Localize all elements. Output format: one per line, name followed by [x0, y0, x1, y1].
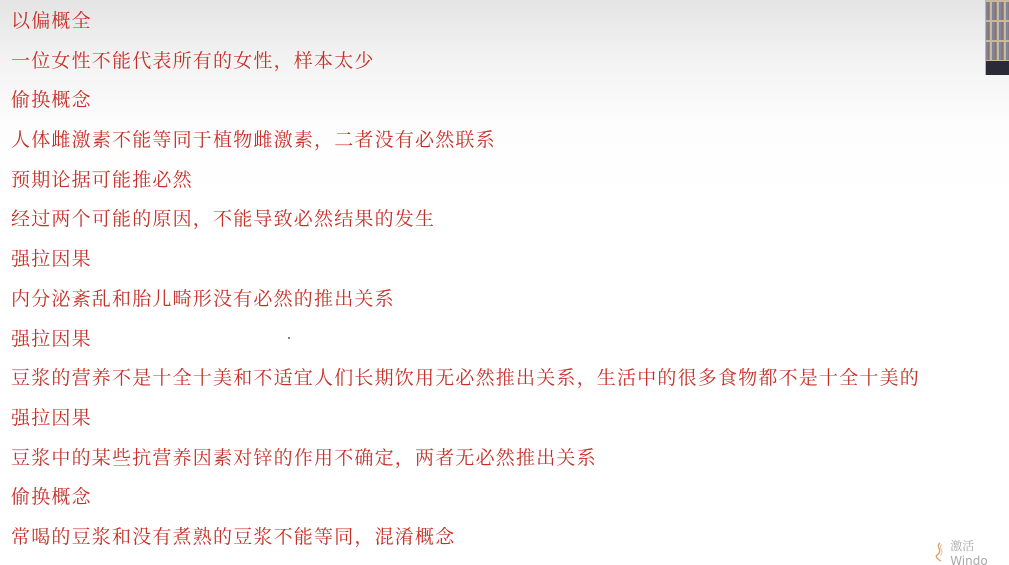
fallacy-label: 强拉因果	[11, 405, 920, 445]
explanation-text: 经过两个可能的原因，不能导致必然结果的发生	[11, 206, 920, 246]
fallacy-label: 强拉因果	[11, 326, 920, 366]
activation-watermark: 激活 Windo	[932, 541, 1009, 563]
cursor-dot	[288, 337, 290, 339]
explanation-text: 人体雌激素不能等同于植物雌激素，二者没有必然联系	[11, 127, 920, 167]
explanation-text: 内分泌紊乱和胎儿畸形没有必然的推出关系	[11, 286, 920, 326]
fallacy-label: 以偏概全	[11, 8, 920, 48]
explanation-text: 常喝的豆浆和没有煮熟的豆浆不能等同，混淆概念	[11, 524, 920, 564]
fallacy-label: 偷换概念	[11, 484, 920, 524]
fallacy-label: 偷换概念	[11, 87, 920, 127]
watermark-text: 激活 Windo	[950, 537, 1009, 565]
annotation-list: 以偏概全 一位女性不能代表所有的女性，样本太少 偷换概念 人体雌激素不能等同于植…	[11, 8, 920, 564]
explanation-text: 一位女性不能代表所有的女性，样本太少	[11, 48, 920, 88]
fallacy-label: 强拉因果	[11, 246, 920, 286]
logo-icon	[932, 541, 948, 563]
explanation-text: 豆浆中的某些抗营养因素对锌的作用不确定，两者无必然推出关系	[11, 445, 920, 485]
webcam-thumbnail	[985, 0, 1009, 75]
fallacy-label: 预期论据可能推必然	[11, 167, 920, 207]
explanation-text: 豆浆的营养不是十全十美和不适宜人们长期饮用无必然推出关系，生活中的很多食物都不是…	[11, 365, 920, 405]
